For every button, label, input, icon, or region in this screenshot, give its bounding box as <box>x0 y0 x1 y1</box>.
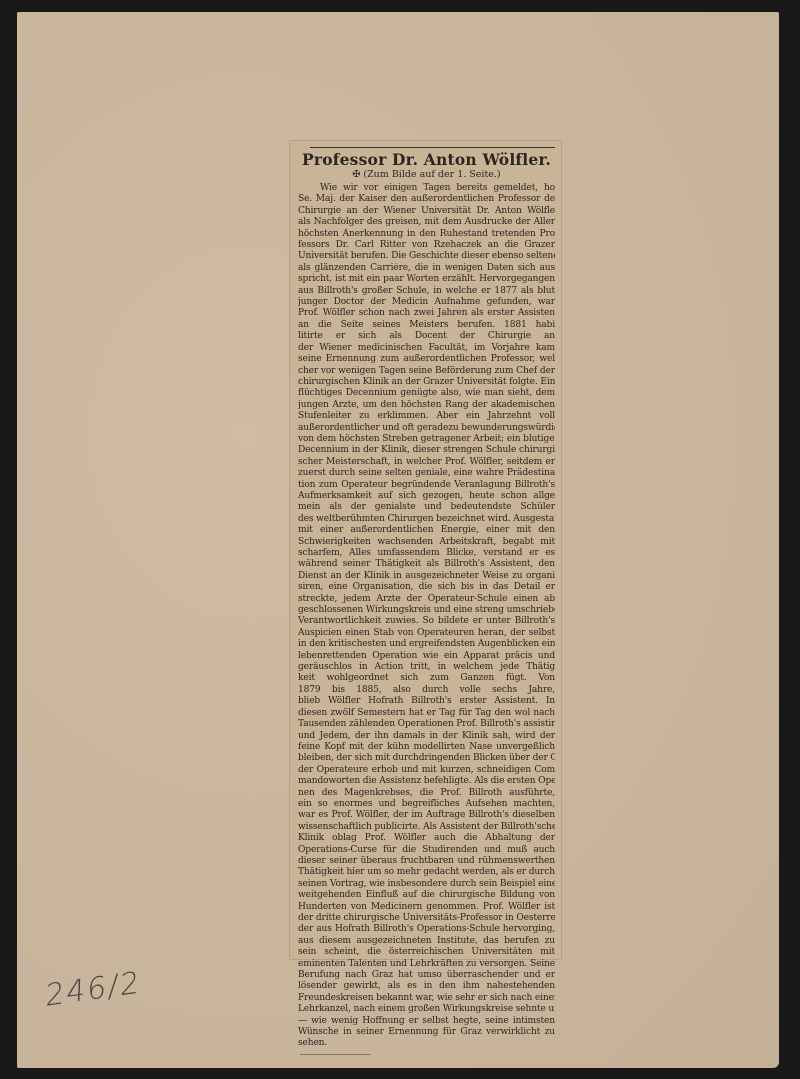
article-line: Schwierigkeiten wachsenden Arbeitskraft,… <box>298 537 555 548</box>
article-subtitle: ✠ (Zum Bilde auf der 1. Seite.) <box>298 169 555 181</box>
article-line: und Jedem, der ihn damals in der Klinik … <box>298 731 555 742</box>
article-line: — wie wenig Hoffnung er selbst hegte, se… <box>298 1016 555 1027</box>
article-line: Aufmerksamkeit auf sich gezogen, heute s… <box>298 491 555 502</box>
article-line: ein so enormes und begreifliches Aufsehe… <box>298 799 555 810</box>
article-line: Se. Maj. der Kaiser den außerordentliche… <box>298 194 555 205</box>
article-line: Stufenleiter zu erklimmen. Aber ein Jahr… <box>298 411 555 422</box>
article-line: nen des Magenkrebses, die Prof. Billroth… <box>298 788 555 799</box>
archival-mount-sheet: Professor Dr. Anton Wölfler. ✠ (Zum Bild… <box>17 12 779 1068</box>
article-line: Wie wir vor einigen Tagen bereits gemeld… <box>298 183 555 194</box>
article-line: cher vor wenigen Tagen seine Beförderung… <box>298 366 555 377</box>
article-line: höchsten Anerkennung in den Ruhestand tr… <box>298 229 555 240</box>
article-line: Dienst an der Klinik in ausgezeichneter … <box>298 571 555 582</box>
article-line: sehen. <box>298 1038 555 1049</box>
article-line: Wünsche in seiner Ernennung für Graz ver… <box>298 1027 555 1038</box>
article-line: zuerst durch seine selten geniale, eine … <box>298 468 555 479</box>
article-line: der Wiener medicinischen Facultät, im Vo… <box>298 343 555 354</box>
article-line: der dritte chirurgische Universitäts-Pro… <box>298 913 555 924</box>
article-line: der Operateure erhob und mit kurzen, sch… <box>298 765 555 776</box>
article-line: spricht, ist mit ein paar Worten erzählt… <box>298 274 555 285</box>
article-line: Thätigkeit hier um so mehr gedacht werde… <box>298 867 555 878</box>
article-line: geschlossenen Wirkungskreis und eine str… <box>298 605 555 616</box>
article-line: wissenschaftlich publicirte. Als Assiste… <box>298 822 555 833</box>
article-line: war es Prof. Wölfler, der im Auftrage Bi… <box>298 810 555 821</box>
article-line: seinen Vortrag, wie insbesondere durch s… <box>298 879 555 890</box>
article-line: Lehrkanzel, nach einem großen Wirkungskr… <box>298 1004 555 1015</box>
article-line: als Nachfolger des greisen, mit dem Ausd… <box>298 217 555 228</box>
article-line: streckte, jedem Arzte der Operateur-Schu… <box>298 594 555 605</box>
article-line: junger Doctor der Medicin Aufnahme gefun… <box>298 297 555 308</box>
article-line: flüchtiges Decennium genügte also, wie m… <box>298 388 555 399</box>
article-line: dieser seiner überaus fruchtbaren und rü… <box>298 856 555 867</box>
top-rule <box>310 147 555 148</box>
article-line: diesen zwölf Semestern hat er Tag für Ta… <box>298 708 555 719</box>
article-line: seine Ernennung zum außerordentlichen Pr… <box>298 354 555 365</box>
article-line: Verantwortlichkeit zuwies. So bildete er… <box>298 616 555 627</box>
article-line: des weltberühmten Chirurgen bezeichnet w… <box>298 514 555 525</box>
article-line: aus Billroth's großer Schule, in welche … <box>298 286 555 297</box>
article-line: chirurgischen Klinik an der Grazer Unive… <box>298 377 555 388</box>
article-line: lebenrettenden Operation wie ein Apparat… <box>298 651 555 662</box>
article-line: Tausenden zählenden Operationen Prof. Bi… <box>298 719 555 730</box>
article-line: siren, eine Organisation, die sich bis i… <box>298 582 555 593</box>
article-line: mein als der genialste und bedeutendste … <box>298 502 555 513</box>
article-line: Universität berufen. Die Geschichte dies… <box>298 251 555 262</box>
article-line: an die Seite seines Meisters berufen. 18… <box>298 320 555 331</box>
article-line: Freundeskreisen bekannt war, wie sehr er… <box>298 993 555 1004</box>
article-line: feine Kopf mit der kühn modellirten Nase… <box>298 742 555 753</box>
article-line: litirte er sich als Docent der Chirurgie… <box>298 331 555 342</box>
article-line: keit wohlgeordnet sich zum Ganzen fügt. … <box>298 673 555 684</box>
article-line: Hunderten von Medicinern genommen. Prof.… <box>298 902 555 913</box>
article-line: mit einer außerordentlichen Energie, ein… <box>298 525 555 536</box>
article-line: 1879 bis 1885, also durch volle sechs Ja… <box>298 685 555 696</box>
article-line: sein scheint, die österreichischen Unive… <box>298 947 555 958</box>
article-line: scharfem, Alles umfassendem Blicke, vers… <box>298 548 555 559</box>
article-line: lösender gewirkt, als es in den ihm nahe… <box>298 981 555 992</box>
article-line: Chirurgie an der Wiener Universität Dr. … <box>298 206 555 217</box>
article-line: der aus Hofrath Billroth's Operations-Sc… <box>298 924 555 935</box>
article-line: fessors Dr. Carl Ritter von Rzehaczek an… <box>298 240 555 251</box>
article-line: blieb Wölfler Hofrath Billroth's erster … <box>298 696 555 707</box>
article-line: mandoworten die Assistenz befehligte. Al… <box>298 776 555 787</box>
article-line: tion zum Operateur begründende Veranlagu… <box>298 480 555 491</box>
article-line: Prof. Wölfler schon nach zwei Jahren als… <box>298 308 555 319</box>
article-line: Berufung nach Graz hat umso überraschend… <box>298 970 555 981</box>
newspaper-clipping: Professor Dr. Anton Wölfler. ✠ (Zum Bild… <box>289 140 562 960</box>
article-body: Wie wir vor einigen Tagen bereits gemeld… <box>298 183 555 1050</box>
article-line: Decennium in der Klinik, dieser strengen… <box>298 445 555 456</box>
article-line: Auspicien einen Stab von Operateuren her… <box>298 628 555 639</box>
article-line: während seiner Thätigkeit als Billroth's… <box>298 559 555 570</box>
article-line: als glänzenden Carrière, die in wenigen … <box>298 263 555 274</box>
article-line: Operations-Curse für die Studirenden und… <box>298 845 555 856</box>
article-line: geräuschlos in Action tritt, in welchem … <box>298 662 555 673</box>
article-title: Professor Dr. Anton Wölfler. <box>298 150 555 169</box>
article-line: weitgehenden Einfluß auf die chirurgisch… <box>298 890 555 901</box>
article-line: bleiben, der sich mit durchdringenden Bl… <box>298 753 555 764</box>
article-line: von dem höchsten Streben getragener Arbe… <box>298 434 555 445</box>
article-line: aus diesem ausgezeichneten Institute, da… <box>298 936 555 947</box>
bottom-rule <box>300 1054 370 1055</box>
article-line: scher Meisterschaft, in welcher Prof. Wö… <box>298 457 555 468</box>
article-line: eminenten Talenten und Lehrkräften zu ve… <box>298 959 555 970</box>
article-line: außerordentlicher und oft geradezu bewun… <box>298 423 555 434</box>
article-line: Klinik oblag Prof. Wölfler auch die Abha… <box>298 833 555 844</box>
article-line: in den kritischesten und ergreifendsten … <box>298 639 555 650</box>
article-line: jungen Arzte, um den höchsten Rang der a… <box>298 400 555 411</box>
